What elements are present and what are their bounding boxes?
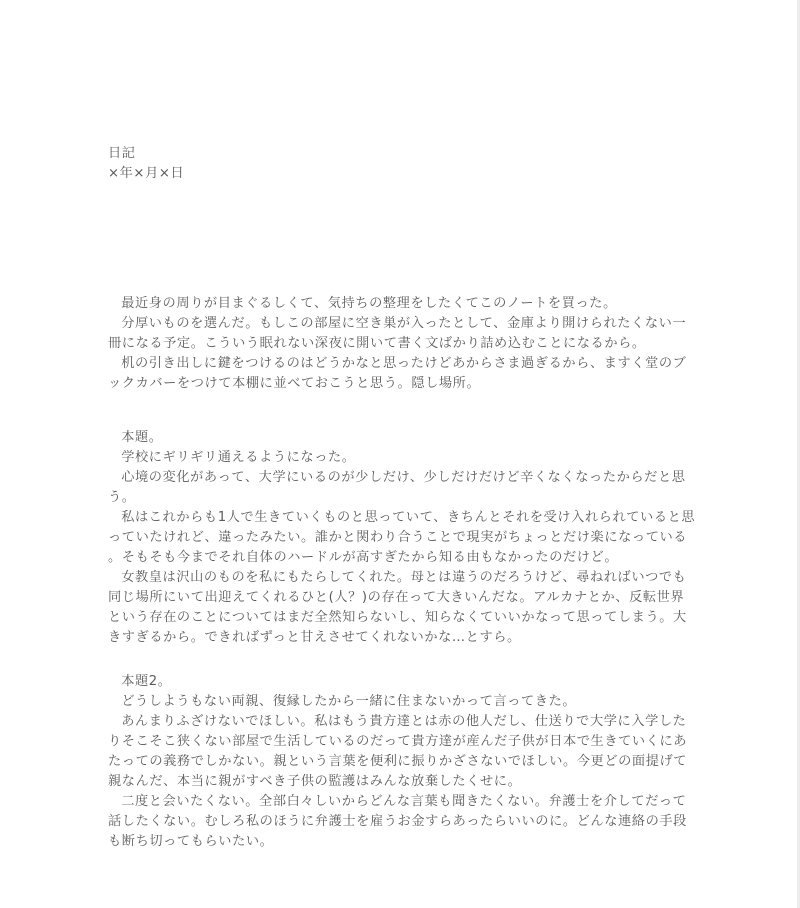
diary-header: 日記 ×年×月×日 <box>108 144 696 184</box>
section-intro: 最近身の周りが目まぐるしくて、気持ちの整理をしたくてこのノートを買った。 分厚い… <box>108 294 696 394</box>
diary-date: ×年×月×日 <box>108 164 696 184</box>
section-main-topic: 本題。 学校にギリギリ通えるようになった。 心境の変化があって、大学にいるのが少… <box>108 428 696 648</box>
paragraph: 最近身の周りが目まぐるしくて、気持ちの整理をしたくてこのノートを買った。 <box>108 294 696 314</box>
paragraph: 机の引き出しに鍵をつけるのはどうかなと思ったけどあからさま過ぎるから、ますく堂の… <box>108 354 696 394</box>
section-heading: 本題。 <box>108 428 696 448</box>
section-main-topic-2: 本題2。 どうしようもない両親、復縁したから一緒に住まないかって言ってきた。 あ… <box>108 672 696 852</box>
paragraph: 心境の変化があって、大学にいるのが少しだけ、少しだけだけど辛くなくなったからだと… <box>108 468 696 508</box>
section-heading: 本題2。 <box>108 672 696 692</box>
diary-title: 日記 <box>108 144 696 164</box>
paragraph: あんまりふざけないでほしい。私はもう貴方達とは赤の他人だし、仕送りで大学に入学し… <box>108 712 696 792</box>
paragraph: 学校にギリギリ通えるようになった。 <box>108 448 696 468</box>
paragraph: 分厚いものを選んだ。もしこの部屋に空き巣が入ったとして、金庫より開けられたくない… <box>108 314 696 354</box>
diary-page: 日記 ×年×月×日 最近身の周りが目まぐるしくて、気持ちの整理をしたくてこのノー… <box>0 0 797 908</box>
paragraph: 私はこれからも1人で生きていくものと思っていて、きちんとそれを受け入れられている… <box>108 508 696 568</box>
paragraph: 二度と会いたくない。全部白々しいからどんな言葉も聞きたくない。弁護士を介してだっ… <box>108 792 696 852</box>
paragraph: どうしようもない両親、復縁したから一緒に住まないかって言ってきた。 <box>108 692 696 712</box>
paragraph: 女教皇は沢山のものを私にもたらしてくれた。母とは違うのだろうけど、尋ねればいつで… <box>108 568 696 648</box>
